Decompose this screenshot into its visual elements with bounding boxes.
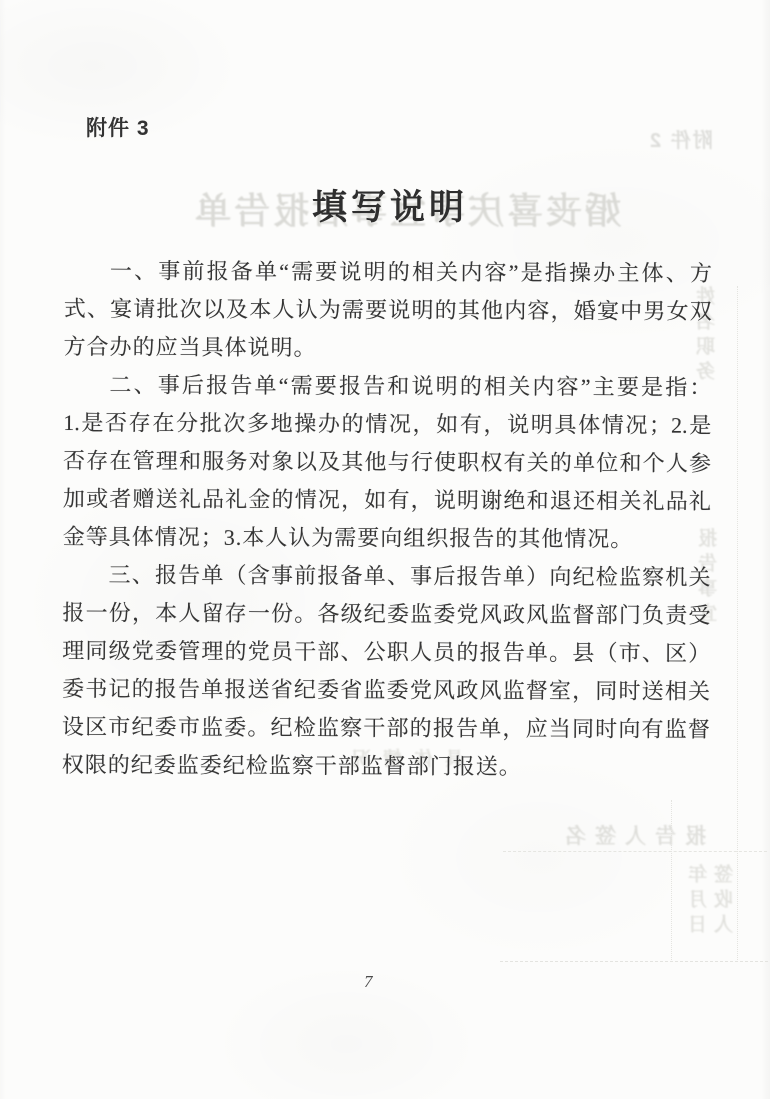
body-line: 方合办的应当具体说明。 [64,328,712,369]
body-line: 理同级党委管理的党员干部、公职人员的报告单。县（市、区） [62,632,710,673]
attachment-label: 附件 3 [86,112,150,142]
body-line: 委书记的报告单报送省纪委省监委党风政风监督室，同时送相关 [62,670,710,711]
scanned-document-page: 附件 2 婚丧喜庆事宜事后报告单 姓名职务 报告事宜 报告人签名 年月日 签收人… [0,0,770,1099]
body-line: 1.是否存在分批次多地操办的情况，如有，说明具体情况；2.是 [63,404,711,445]
body-line: 加或者赠送礼品礼金的情况，如有，说明谢绝和退还相关礼品礼 [63,480,711,521]
page-title: 填写说明 [0,180,770,230]
document-body: 一、事前报备单“需要说明的相关内容”是指操办主体、方式、宴请批次以及本人认为需要… [62,252,712,787]
body-line: 否存在管理和服务对象以及其他与行使职权有关的单位和个人参 [63,442,711,483]
body-line: 式、宴请批次以及本人认为需要说明的其他内容，婚宴中男女双 [64,290,712,331]
body-line: 权限的纪委监委纪检监察干部监督部门报送。 [62,746,710,787]
page-number: 7 [364,972,373,992]
body-line: 设区市纪委市监委。纪检监察干部的报告单，应当同时向有监督 [62,708,710,749]
document-content: 附件 3 填写说明 一、事前报备单“需要说明的相关内容”是指操办主体、方式、宴请… [0,0,770,1099]
body-line: 三、报告单（含事前报备单、事后报告单）向纪检监察机关 [63,556,711,597]
body-line: 一、事前报备单“需要说明的相关内容”是指操办主体、方 [64,252,712,293]
body-line: 报一份，本人留存一份。各级纪委监委党风政风监督部门负责受 [62,594,710,635]
body-line: 金等具体情况；3.本人认为需要向组织报告的其他情况。 [63,518,711,559]
body-line: 二、事后报告单“需要报告和说明的相关内容”主要是指： [63,366,711,407]
